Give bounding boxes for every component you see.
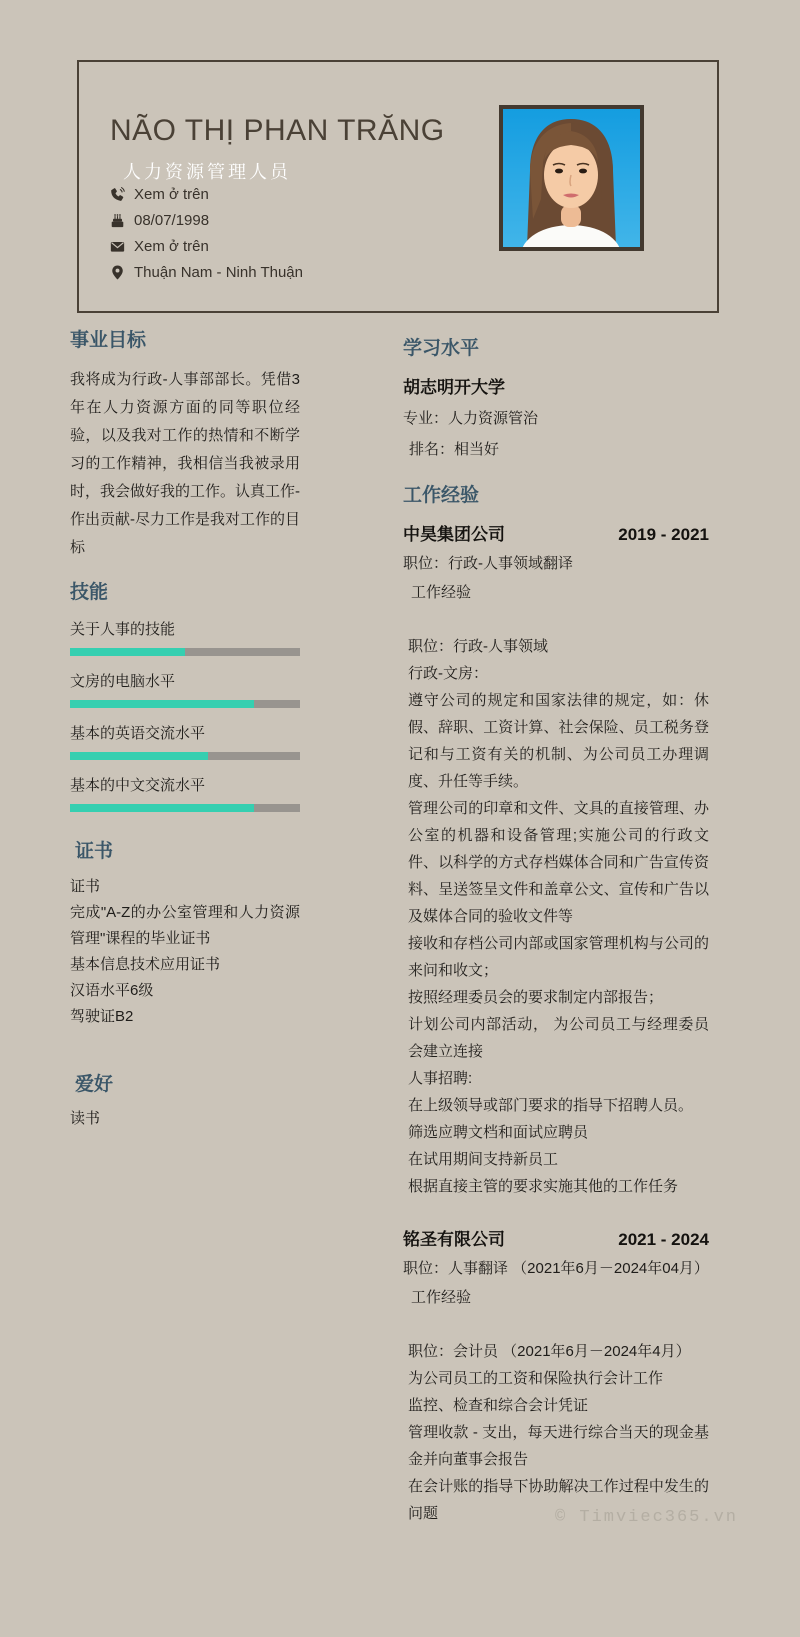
envelope-icon <box>110 239 125 254</box>
section-experience: 工作经验 中昊集团公司 2019 - 2021 职位：行政-人事领域翻译 工作经… <box>403 485 709 1527</box>
job-detail-line: 职位：行政-人事领域 <box>408 633 709 660</box>
certificate-line: 证书 <box>70 874 300 900</box>
job-entry-2: 铭圣有限公司 2021 - 2024 职位：人事翻译 （2021年6月－2024… <box>403 1225 709 1527</box>
skill-item: 文房的电脑水平 <box>70 671 300 708</box>
certificate-line: 驾驶证B2 <box>70 1004 300 1030</box>
education-heading: 学习水平 <box>403 338 709 360</box>
skill-bar-track <box>70 752 300 760</box>
skill-label: 文房的电脑水平 <box>70 671 300 693</box>
job-detail-line: 职位：会计员 （2021年6月－2024年4月） <box>408 1338 709 1365</box>
right-column: 学习水平 胡志明开大学 专业：人力资源管治 排名：相当好 工作经验 中昊集团公司… <box>403 330 709 1527</box>
hobby-text: 读书 <box>70 1107 300 1131</box>
company-name: 中昊集团公司 <box>403 520 505 545</box>
phone-icon <box>110 187 125 202</box>
job-header: 铭圣有限公司 2021 - 2024 <box>403 1225 709 1250</box>
job-subheading: 工作经验 <box>403 579 709 606</box>
certificate-line: 汉语水平6级 <box>70 978 300 1004</box>
contact-list: Xem ở trên <box>110 181 303 285</box>
job-details: 职位：会计员 （2021年6月－2024年4月） 为公司员工的工资和保险执行会计… <box>403 1338 709 1527</box>
job-detail-line: 在上级领导或部门要求的指导下招聘人员。 <box>408 1092 709 1119</box>
contact-email: Xem ở trên <box>110 233 303 259</box>
section-skills: 技能 关于人事的技能 文房的电脑水平 <box>70 582 300 812</box>
skill-item: 基本的中文交流水平 <box>70 775 300 812</box>
skill-label: 基本的英语交流水平 <box>70 723 300 745</box>
skills-list: 关于人事的技能 文房的电脑水平 基本的英语交流水平 <box>70 619 300 812</box>
job-detail-line: 为公司员工的工资和保险执行会计工作 <box>408 1365 709 1392</box>
job-detail-line: 行政-文房： <box>408 660 709 687</box>
job-detail-line: 遵守公司的规定和国家法律的规定，如：休假、辞职、工资计算、社会保险、员工税务登记… <box>408 687 709 795</box>
hobbies-heading: 爱好 <box>70 1074 300 1096</box>
skill-bar-track <box>70 804 300 812</box>
job-detail-line: 按照经理委员会的要求制定内部报告； <box>408 984 709 1011</box>
location-pin-icon <box>110 265 125 280</box>
job-detail-line: 筛选应聘文档和面试应聘员 <box>408 1119 709 1146</box>
contact-birthday-text: 08/07/1998 <box>134 212 209 229</box>
objective-text: 我将成为行政-人事部部长。凭借3年在人力资源方面的同等职位经验，以及我对工作的热… <box>70 366 300 562</box>
watermark: © Timviec365.vn <box>555 1508 738 1527</box>
skill-bar-fill <box>70 700 254 708</box>
skill-label: 关于人事的技能 <box>70 619 300 641</box>
profile-photo <box>499 105 644 251</box>
education-rank: 排名：相当好 <box>403 436 709 463</box>
skill-bar-fill <box>70 752 208 760</box>
job-detail-line: 接收和存档公司内部或国家管理机构与公司的来问和收文； <box>408 930 709 984</box>
contact-phone: Xem ở trên <box>110 181 303 207</box>
contact-phone-text: Xem ở trên <box>134 186 209 203</box>
job-details: 职位：行政-人事领域 行政-文房： 遵守公司的规定和国家法律的规定，如：休假、辞… <box>403 633 709 1200</box>
contact-birthday: 08/07/1998 <box>110 207 303 233</box>
job-subheading: 工作经验 <box>403 1284 709 1311</box>
candidate-name: NÃO THỊ PHAN TRĂNG <box>110 114 445 148</box>
company-name: 铭圣有限公司 <box>403 1225 505 1250</box>
education-major: 专业：人力资源管治 <box>403 405 709 432</box>
experience-heading: 工作经验 <box>403 485 709 507</box>
certificates-list: 证书 完成"A-Z的办公室管理和人力资源管理"课程的毕业证书 基本信息技术应用证… <box>70 874 300 1030</box>
job-detail-line: 人事招聘: <box>408 1065 709 1092</box>
section-objective: 事业目标 我将成为行政-人事部部长。凭借3年在人力资源方面的同等职位经验，以及我… <box>70 330 300 562</box>
job-header: 中昊集团公司 2019 - 2021 <box>403 520 709 545</box>
section-hobbies: 爱好 读书 <box>70 1074 300 1131</box>
birthday-cake-icon <box>110 213 125 228</box>
skill-label: 基本的中文交流水平 <box>70 775 300 797</box>
job-period: 2019 - 2021 <box>618 525 709 545</box>
skill-bar-fill <box>70 648 185 656</box>
objective-heading: 事业目标 <box>70 330 300 352</box>
section-education: 学习水平 胡志明开大学 专业：人力资源管治 排名：相当好 <box>403 338 709 463</box>
job-detail-line: 监控、检查和综合会计凭证 <box>408 1392 709 1419</box>
header-card: NÃO THỊ PHAN TRĂNG 人力资源管理人员 Xem ở trên <box>77 60 719 313</box>
job-detail-line: 管理收款 - 支出，每天进行综合当天的现金基金并向董事会报告 <box>408 1419 709 1473</box>
certificates-heading: 证书 <box>70 841 300 863</box>
skill-item: 基本的英语交流水平 <box>70 723 300 760</box>
skills-heading: 技能 <box>70 582 300 604</box>
skill-item: 关于人事的技能 <box>70 619 300 656</box>
school-name: 胡志明开大学 <box>403 373 709 398</box>
skill-bar-fill <box>70 804 254 812</box>
job-period: 2021 - 2024 <box>618 1230 709 1250</box>
job-position: 职位：人事翻译 （2021年6月－2024年04月） <box>403 1255 709 1282</box>
skill-bar-track <box>70 700 300 708</box>
job-position: 职位：行政-人事领域翻译 <box>403 550 709 577</box>
job-detail-line: 根据直接主管的要求实施其他的工作任务 <box>408 1173 709 1200</box>
job-detail-line: 管理公司的印章和文件、文具的直接管理、办公室的机器和设备管理;实施公司的行政文件… <box>408 795 709 930</box>
resume-page: NÃO THỊ PHAN TRĂNG 人力资源管理人员 Xem ở trên <box>0 0 800 1637</box>
contact-email-text: Xem ở trên <box>134 238 209 255</box>
certificate-line: 基本信息技术应用证书 <box>70 952 300 978</box>
contact-address: Thuận Nam - Ninh Thuận <box>110 259 303 285</box>
section-certificates: 证书 证书 完成"A-Z的办公室管理和人力资源管理"课程的毕业证书 基本信息技术… <box>70 841 300 1030</box>
left-column: 事业目标 我将成为行政-人事部部长。凭借3年在人力资源方面的同等职位经验，以及我… <box>70 330 300 1131</box>
contact-address-text: Thuận Nam - Ninh Thuận <box>134 264 303 281</box>
skill-bar-track <box>70 648 300 656</box>
job-detail-line: 计划公司内部活动， 为公司员工与经理委员会建立连接 <box>408 1011 709 1065</box>
job-detail-line: 在试用期间支持新员工 <box>408 1146 709 1173</box>
job-entry-1: 中昊集团公司 2019 - 2021 职位：行政-人事领域翻译 工作经验 职位：… <box>403 520 709 1200</box>
certificate-line: 完成"A-Z的办公室管理和人力资源管理"课程的毕业证书 <box>70 900 300 952</box>
